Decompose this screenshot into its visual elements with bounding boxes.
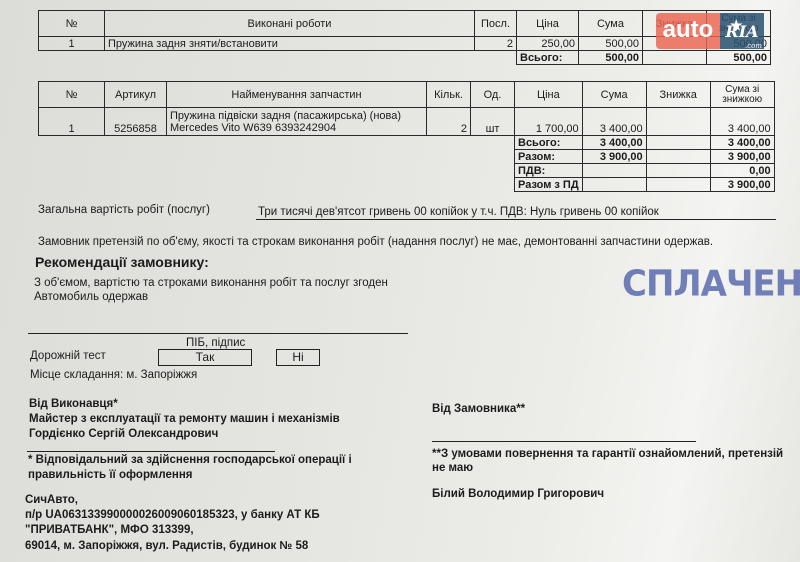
recommendations-line2: Автомобиль одержав [34, 291, 148, 303]
col-discount: Знижка [646, 82, 710, 108]
summary-sum [582, 164, 646, 178]
company-line2: п/р UA063133990000026009060185323, у бан… [25, 509, 320, 521]
row-article: 5256858 [105, 108, 167, 136]
row-sum: 500,00 [579, 37, 643, 51]
summary-sum-discounted: 3 400,00 [710, 136, 774, 150]
col-sum-discounted: Сума зі знижкою [710, 82, 774, 108]
row-qty: 2 [475, 37, 517, 51]
row-unit: шт [471, 108, 515, 136]
col-qty: Посл. [475, 11, 517, 37]
row-price: 1 700,00 [515, 108, 583, 136]
row-part-name: Пружина підвіски задня (пасажирська) (но… [167, 108, 427, 136]
signature-caption: ПІБ, підпис [186, 337, 245, 349]
total-cost-value: Три тисячі дев'ятсот гривень 00 копійок … [258, 206, 659, 218]
company-line4: 69014, м. Запоріжжя, вул. Радистів, буди… [25, 540, 308, 552]
summary-discount [646, 164, 710, 178]
executor-signature-line [27, 451, 275, 452]
summary-label: Всього: [515, 136, 583, 150]
summary-row-with-vat: Разом з ПД 3 900,00 [39, 178, 775, 192]
customer-name: Білий Володимир Григорович [432, 488, 604, 500]
col-part-name: Найменування запчастин [167, 82, 427, 108]
row-discount [646, 108, 710, 136]
customer-signature-line [432, 441, 696, 442]
autoria-logo-auto: auto [656, 13, 720, 49]
total-label: Всього: [517, 51, 579, 65]
total-discount [643, 51, 707, 65]
summary-discount [646, 150, 710, 164]
road-test-yes-box[interactable]: Так [158, 349, 252, 366]
signature-line [28, 333, 408, 334]
works-total-row: Всього: 500,00 500,00 [39, 51, 771, 65]
part-name-line2: Mercedes Vito W639 6393242904 [170, 122, 423, 134]
autoria-watermark: auto ★ RIA .com [656, 13, 764, 49]
executor-name: Гордієнко Сергій Олександрович [29, 428, 218, 440]
col-unit: Од. [471, 82, 515, 108]
summary-sum-discounted: 3 900,00 [710, 178, 774, 192]
row-price: 250,00 [517, 37, 579, 51]
row-num: 1 [39, 37, 105, 51]
col-sum: Сума [582, 82, 646, 108]
customer-title: Від Замовника** [432, 403, 525, 415]
table-row: 1 5256858 Пружина підвіски задня (пасажи… [39, 108, 775, 136]
summary-sum: 3 900,00 [582, 150, 646, 164]
summary-row-total: Всього: 3 400,00 3 400,00 [39, 136, 775, 150]
autoria-star-icon: ★ [730, 7, 743, 45]
summary-label: Разом з ПД [515, 178, 583, 192]
place-of-drafting: Місце складання: м. Запоріжжя [30, 369, 197, 381]
total-cost-underline [256, 219, 776, 220]
col-article: Артикул [105, 82, 167, 108]
claims-text: Замовник претензій по об'єму, якості та … [38, 236, 713, 248]
autoria-logo-ria: ★ RIA .com [720, 13, 764, 49]
total-sum: 500,00 [579, 51, 643, 65]
parts-table: № Артикул Найменування запчастин Кільк. … [38, 81, 775, 192]
summary-sum-discounted: 3 900,00 [710, 150, 774, 164]
row-qty: 2 [427, 108, 471, 136]
summary-row-vat: ПДВ: 0,00 [39, 164, 775, 178]
col-works: Виконані роботи [105, 11, 475, 37]
summary-row-together: Разом: 3 900,00 3 900,00 [39, 150, 775, 164]
part-name-line1: Пружина підвіски задня (пасажирська) (но… [170, 110, 423, 122]
total-sum-discounted: 500,00 [707, 51, 771, 65]
autoria-com-text: .com [745, 41, 762, 51]
customer-note-line2: не маю [432, 462, 473, 474]
recommendations-line1: З об'ємом, вартістю та строками виконанн… [34, 277, 388, 289]
row-sum: 3 400,00 [582, 108, 646, 136]
company-line3: "ПРИВАТБАНК", МФО 313399, [25, 524, 194, 536]
total-cost-label: Загальна вартість робіт (послуг) [38, 204, 210, 216]
recommendations-title: Рекомендації замовнику: [35, 254, 209, 270]
summary-label: Разом: [515, 150, 583, 164]
col-num: № [39, 11, 105, 37]
summary-sum-discounted: 0,00 [710, 164, 774, 178]
summary-sum: 3 400,00 [582, 136, 646, 150]
col-num: № [39, 82, 105, 108]
executor-title: Від Виконавця* [29, 398, 118, 410]
summary-sum [582, 178, 646, 192]
parts-table-header: № Артикул Найменування запчастин Кільк. … [39, 82, 775, 108]
customer-note-line1: **З умовами повернення та гарантії ознай… [432, 448, 783, 460]
road-test-no-box[interactable]: Ні [276, 349, 320, 366]
row-work-name: Пружина задня зняти/встановити [105, 37, 475, 51]
row-sum-discounted: 3 400,00 [710, 108, 774, 136]
summary-discount [646, 178, 710, 192]
executor-note-line2: правильність її оформлення [28, 469, 192, 481]
row-num: 1 [39, 108, 105, 136]
executor-position: Майстер з експлуатації та ремонту машин … [29, 413, 340, 425]
road-test-label: Дорожній тест [30, 350, 106, 362]
executor-note-line1: * Відповідальний за здійснення господарс… [28, 454, 352, 466]
paid-stamp: СПЛАЧЕНО [622, 263, 800, 305]
col-price: Ціна [515, 82, 583, 108]
company-line1: СичАвто, [25, 494, 78, 506]
col-sum: Сума [579, 11, 643, 37]
col-price: Ціна [517, 11, 579, 37]
summary-label: ПДВ: [515, 164, 583, 178]
col-qty: Кільк. [427, 82, 471, 108]
summary-discount [646, 136, 710, 150]
